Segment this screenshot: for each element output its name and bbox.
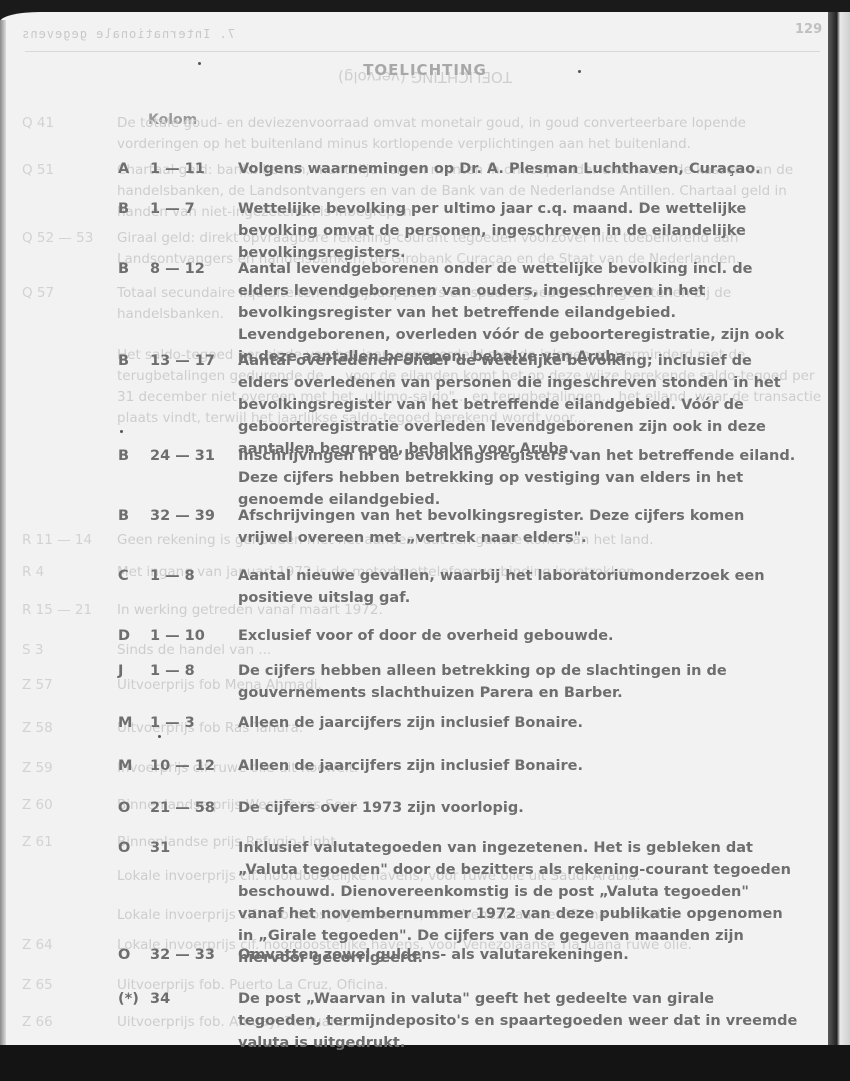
table-code: B — [118, 198, 138, 220]
reverse-column-ref: Q 52 — 53 — [22, 228, 102, 249]
column-range: 1 — 7 — [150, 198, 225, 220]
table-code: O — [118, 944, 138, 966]
column-range: 8 — 12 — [150, 258, 225, 280]
explanation-text: Aantal nieuwe gevallen, waarbij het labo… — [238, 565, 798, 609]
page-edge — [828, 12, 850, 1062]
reverse-column-ref: Z 60 — [22, 795, 102, 816]
table-code: (*) — [118, 988, 138, 1010]
page-title: TOELICHTING — [0, 61, 850, 79]
explanation-text: De cijfers over 1973 zijn voorlopig. — [238, 797, 798, 819]
reverse-column-ref: R 11 — 14 — [22, 530, 102, 551]
explanation-text: Aantal overledenen onder de wettelijke b… — [238, 350, 798, 460]
column-range: 32 — 39 — [150, 505, 225, 527]
explanation-text: Exclusief voor of door de overheid gebou… — [238, 625, 798, 647]
explanation-text: Omvatten zowel guldens- als valutarekeni… — [238, 944, 798, 966]
explanation-text: Alleen de jaarcijfers zijn inclusief Bon… — [238, 755, 798, 777]
table-code: B — [118, 445, 138, 467]
explanation-text: Wettelijke bevolking per ultimo jaar c.q… — [238, 198, 798, 264]
running-head: 7. Internationale gegevens — [21, 27, 235, 41]
scan-speck — [158, 735, 161, 738]
column-range: 24 — 31 — [150, 445, 225, 467]
table-code: C — [118, 565, 138, 587]
book-spine-shadow — [0, 20, 6, 1050]
table-code: B — [118, 350, 138, 372]
reverse-side-paragraph: De totale goud- en deviezenvoorraad omva… — [117, 113, 827, 155]
column-range: 1 — 8 — [150, 660, 225, 682]
column-range: 1 — 10 — [150, 625, 225, 647]
reverse-column-ref: R 15 — 21 — [22, 600, 102, 621]
column-range: 13 — 17 — [150, 350, 225, 372]
reverse-column-ref: S 3 — [22, 640, 102, 661]
table-code: A — [118, 158, 138, 180]
explanation-text: Volgens waarnemingen op Dr. A. Plesman L… — [238, 158, 798, 180]
column-range: 1 — 11 — [150, 158, 225, 180]
explanation-text: Inschrijvingen in de bevolkingsregisters… — [238, 445, 798, 511]
explanation-text: De post „Waarvan in valuta" geeft het ge… — [238, 988, 798, 1054]
column-range: 21 — 58 — [150, 797, 225, 819]
table-code: D — [118, 625, 138, 647]
reverse-column-ref: R 4 — [22, 562, 102, 583]
table-code: O — [118, 797, 138, 819]
reverse-column-ref: Q 51 — [22, 160, 102, 181]
column-range: 31 — [150, 837, 225, 859]
reverse-column-ref: Z 65 — [22, 975, 102, 996]
column-range: 34 — [150, 988, 225, 1010]
table-code: B — [118, 505, 138, 527]
table-code: M — [118, 712, 138, 734]
table-code: B — [118, 258, 138, 280]
reverse-column-ref: Q 41 — [22, 113, 102, 134]
column-range: 32 — 33 — [150, 944, 225, 966]
column-range: 10 — 12 — [150, 755, 225, 777]
page-number: 129 — [795, 22, 822, 37]
scan-speck — [578, 70, 581, 73]
table-code: M — [118, 755, 138, 777]
header-rule — [25, 51, 820, 52]
table-code: J — [118, 660, 138, 682]
reverse-column-ref: Z 64 — [22, 935, 102, 956]
reverse-column-ref: Z 59 — [22, 758, 102, 779]
scan-speck — [198, 62, 201, 65]
explanation-text: Alleen de jaarcijfers zijn inclusief Bon… — [238, 712, 798, 734]
reverse-column-ref: Z 58 — [22, 718, 102, 739]
explanation-text: De cijfers hebben alleen betrekking op d… — [238, 660, 798, 704]
reverse-column-ref: Z 66 — [22, 1012, 102, 1033]
column-range: 1 — 3 — [150, 712, 225, 734]
scan-speck — [120, 430, 123, 433]
reverse-column-ref: Z 61 — [22, 832, 102, 853]
reverse-column-ref: Z 57 — [22, 675, 102, 696]
reverse-column-ref: Q 57 — [22, 283, 102, 304]
explanation-text: Afschrijvingen van het bevolkingsregiste… — [238, 505, 798, 549]
column-range: 1 — 8 — [150, 565, 225, 587]
table-code: O — [118, 837, 138, 859]
